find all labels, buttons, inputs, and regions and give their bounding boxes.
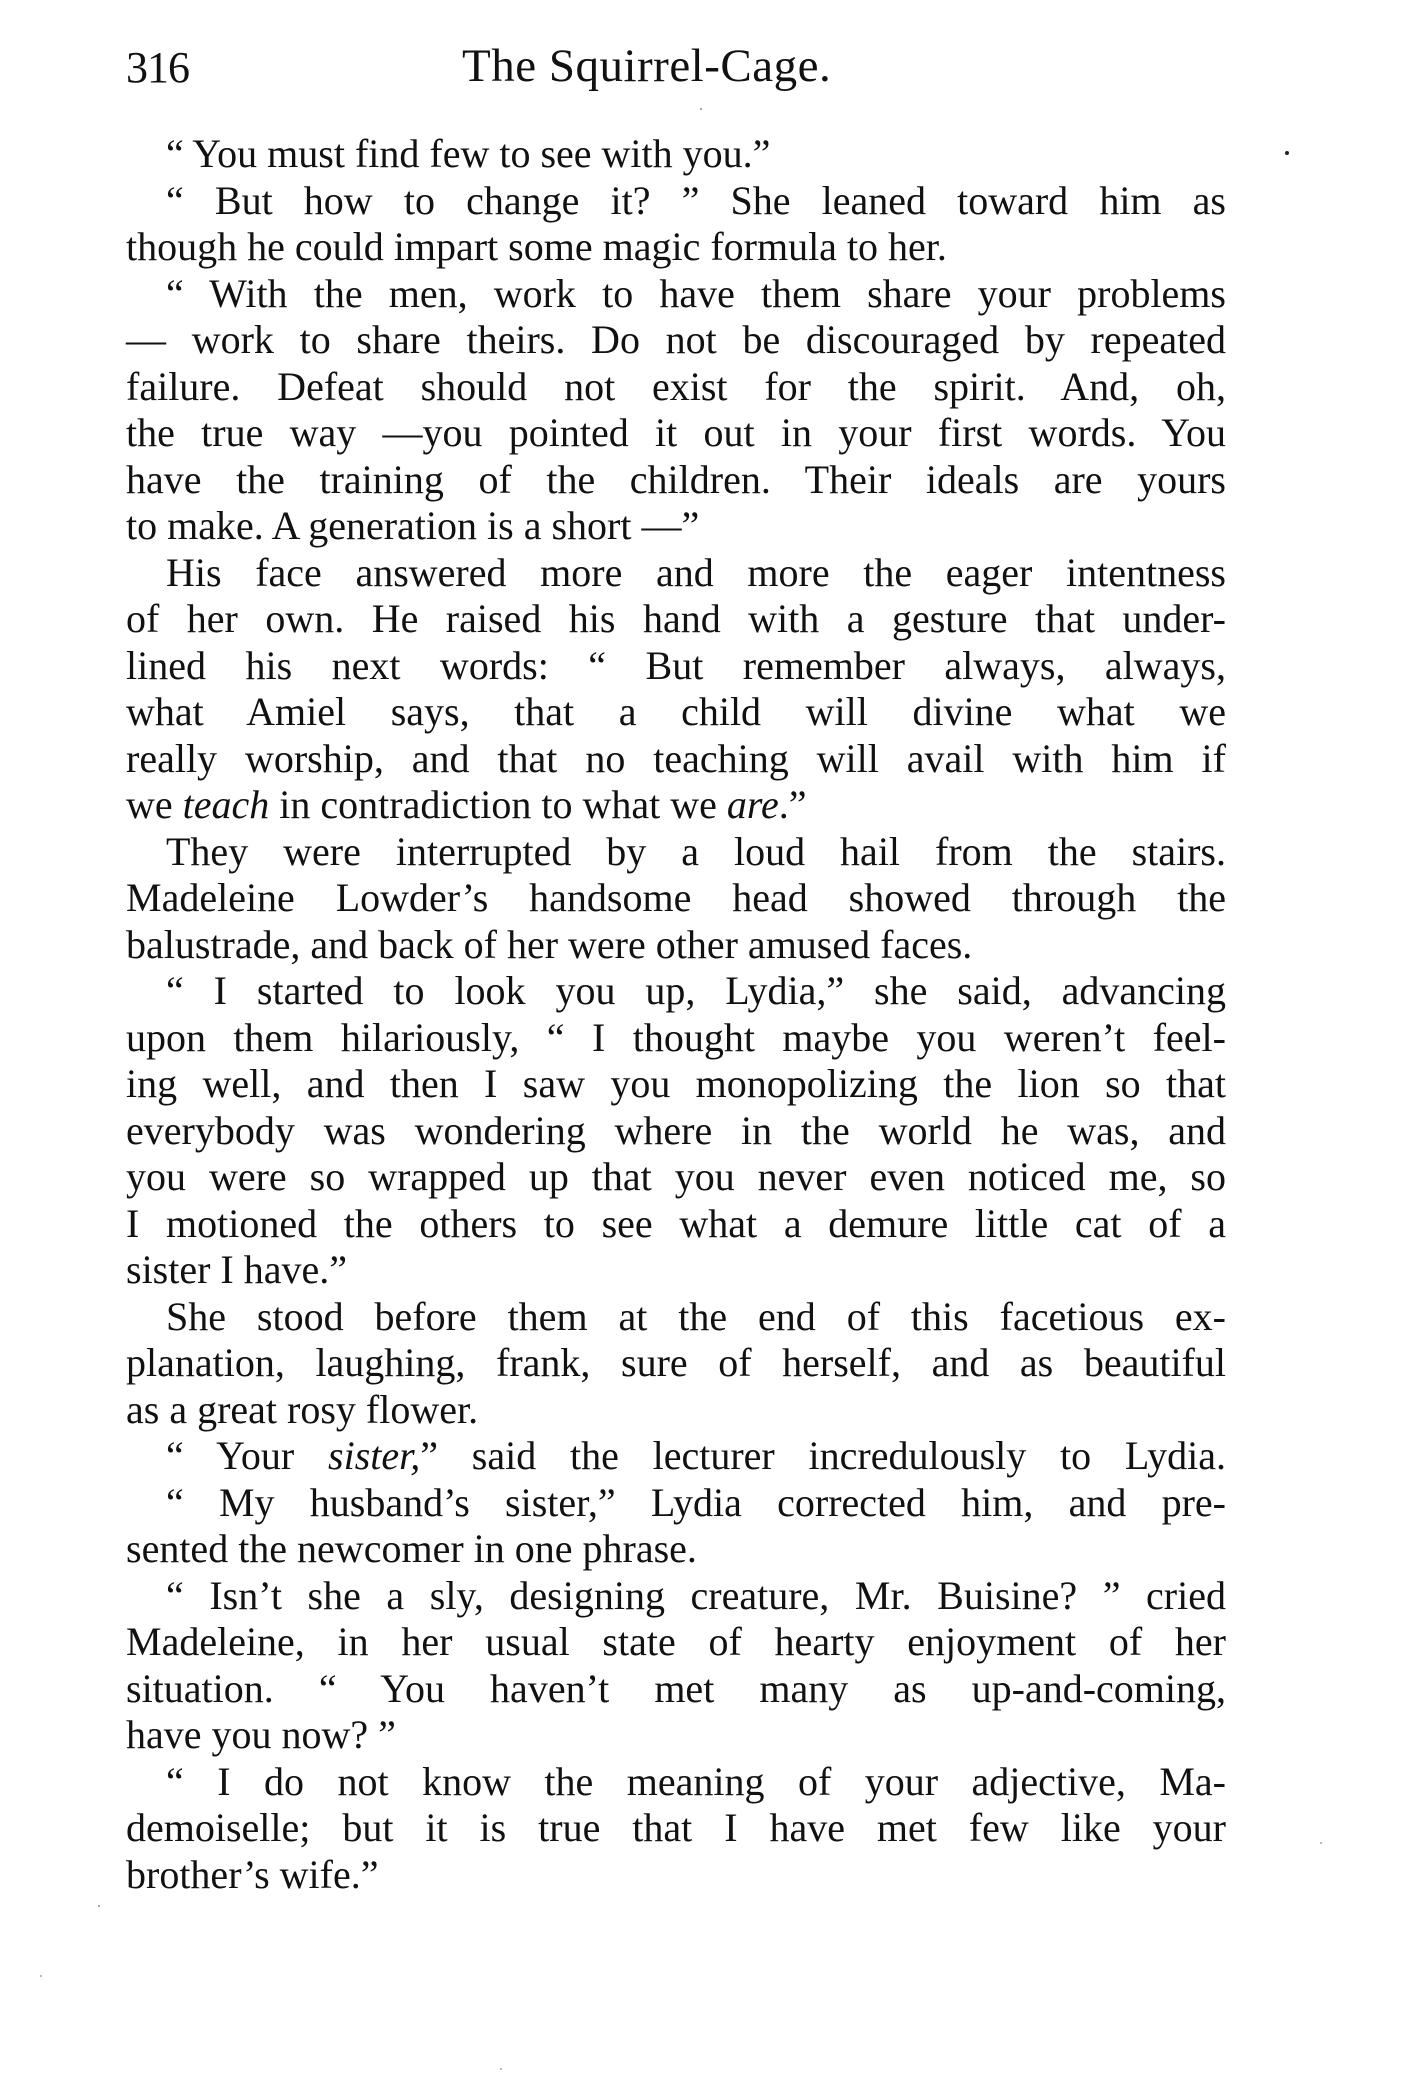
paragraph-first-line: “ I do not know the meaning of your adje… xyxy=(126,1759,1226,1806)
paragraph-first-line: “ Your sister,” said the lecturer incred… xyxy=(126,1433,1226,1480)
text-line: have the training of the children. Their… xyxy=(126,457,1226,504)
italic-emphasis: sister, xyxy=(328,1433,420,1478)
scan-speck xyxy=(500,2068,502,2070)
text-line: upon them hilariously, “ I thought maybe… xyxy=(126,1015,1226,1062)
italic-emphasis: are xyxy=(727,782,779,827)
text-line: to make. A generation is a short —” xyxy=(126,503,1226,550)
paragraph-first-line: She stood before them at the end of this… xyxy=(126,1294,1226,1341)
text-line: of her own. He raised his hand with a ge… xyxy=(126,596,1226,643)
paragraph-first-line: “ You must find few to see with you.” xyxy=(126,131,1226,178)
text-line: lined his next words: “ But remember alw… xyxy=(126,643,1226,690)
italic-emphasis: teach xyxy=(183,782,270,827)
scan-speck xyxy=(1285,151,1289,155)
text-line: though he could impart some magic formul… xyxy=(126,224,1226,271)
scan-speck xyxy=(1320,1842,1322,1844)
text-run: we xyxy=(126,782,183,827)
text-line: we teach in contradiction to what we are… xyxy=(126,782,1226,829)
text-line: what Amiel says, that a child will divin… xyxy=(126,689,1226,736)
text-line: Madeleine Lowder’s handsome head showed … xyxy=(126,875,1226,922)
text-run: .” xyxy=(779,782,807,827)
text-line: everybody was wondering where in the wor… xyxy=(126,1108,1226,1155)
text-line: ing well, and then I saw you monopolizin… xyxy=(126,1061,1226,1108)
text-line: situation. “ You haven’t met many as up-… xyxy=(126,1666,1226,1713)
page-number: 316 xyxy=(126,40,189,96)
text-line: the true way —you pointed it out in your… xyxy=(126,410,1226,457)
paragraph-first-line: “ My husband’s sister,” Lydia corrected … xyxy=(126,1480,1226,1527)
body-text: “ You must find few to see with you.”“ B… xyxy=(126,131,1226,1898)
paragraph-first-line: They were interrupted by a loud hail fro… xyxy=(126,829,1226,876)
text-line: — work to share theirs. Do not be discou… xyxy=(126,317,1226,364)
book-page: 316 The Squirrel-Cage. “ You must find f… xyxy=(0,0,1414,2091)
text-line: failure. Defeat should not exist for the… xyxy=(126,364,1226,411)
text-line: balustrade, and back of her were other a… xyxy=(126,922,1226,969)
running-title: The Squirrel-Cage. xyxy=(462,38,831,94)
text-run: in contradiction to what we xyxy=(269,782,727,827)
scan-speck xyxy=(700,108,702,110)
text-line: sister I have.” xyxy=(126,1247,1226,1294)
text-line: I motioned the others to see what a demu… xyxy=(126,1201,1226,1248)
text-line: demoiselle; but it is true that I have m… xyxy=(126,1805,1226,1852)
text-line: as a great rosy flower. xyxy=(126,1387,1226,1434)
paragraph-first-line: “ With the men, work to have them share … xyxy=(126,271,1226,318)
text-line: planation, laughing, frank, sure of hers… xyxy=(126,1340,1226,1387)
text-run: “ Your xyxy=(166,1433,328,1478)
text-run: ” said the lecturer incredulously to Lyd… xyxy=(420,1433,1226,1478)
paragraph-first-line: “ I started to look you up, Lydia,” she … xyxy=(126,968,1226,1015)
paragraph-first-line: “ Isn’t she a sly, designing creature, M… xyxy=(126,1573,1226,1620)
text-line: you were so wrapped up that you never ev… xyxy=(126,1154,1226,1201)
scan-speck xyxy=(40,1975,42,1977)
text-line: Madeleine, in her usual state of hearty … xyxy=(126,1619,1226,1666)
text-line: have you now? ” xyxy=(126,1712,1226,1759)
scan-speck xyxy=(98,1905,100,1907)
running-head: 316 The Squirrel-Cage. xyxy=(126,40,1226,96)
text-line: brother’s wife.” xyxy=(126,1852,1226,1899)
text-line: really worship, and that no teaching wil… xyxy=(126,736,1226,783)
paragraph-first-line: “ But how to change it? ” She leaned tow… xyxy=(126,178,1226,225)
text-line: sented the newcomer in one phrase. xyxy=(126,1526,1226,1573)
paragraph-first-line: His face answered more and more the eage… xyxy=(126,550,1226,597)
